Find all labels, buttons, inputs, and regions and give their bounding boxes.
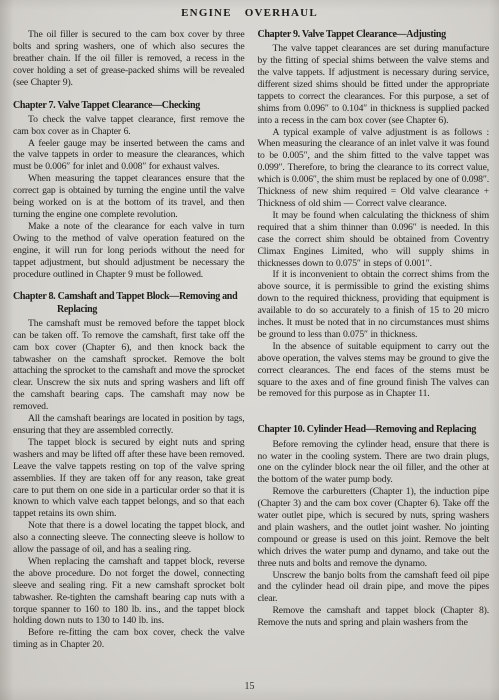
paragraph: Before re-fitting the cam box cover, che…: [13, 627, 245, 651]
paragraph: Remove the carburetters (Chapter 1), the…: [258, 486, 490, 569]
paragraph: Note that there is a dowel locating the …: [13, 520, 245, 556]
paragraph: If it is inconvenient to obtain the corr…: [258, 269, 490, 340]
paragraph: When replacing the camshaft and tappet b…: [13, 556, 245, 627]
paragraph: The oil filler is secured to the cam box…: [13, 29, 245, 89]
chapter-heading: Chapter 7. Valve Tappet Clearance—Checki…: [13, 100, 245, 112]
paragraph: All the camshaft bearings are located in…: [13, 413, 245, 437]
paragraph: The tappet block is secured by eight nut…: [13, 437, 245, 520]
paragraph: Unscrew the banjo bolts from the camshaf…: [258, 570, 490, 606]
paragraph: The valve tappet clearances are set duri…: [258, 43, 490, 126]
chapter-section: The oil filler is secured to the cam box…: [13, 29, 245, 89]
paragraph: Make a note of the clearance for each va…: [13, 221, 245, 281]
chapter-heading: Chapter 10. Cylinder Head—Removing and R…: [258, 424, 490, 436]
paragraph: Before removing the cylinder head, ensur…: [258, 439, 490, 487]
book-page: ENGINE OVERHAUL The oil filler is secure…: [0, 0, 499, 700]
paragraph: Remove the camshaft and tappet block (Ch…: [258, 605, 490, 629]
page-number: 15: [0, 681, 499, 692]
page-header: ENGINE OVERHAUL: [0, 0, 499, 19]
right-column: Chapter 9. Valve Tappet Clearance—Adjust…: [258, 29, 490, 651]
paragraph: To check the valve tappet clearance, fir…: [13, 114, 245, 138]
left-column: The oil filler is secured to the cam box…: [13, 29, 245, 651]
paragraph: The camshaft must be removed before the …: [13, 318, 245, 413]
chapter-heading: Chapter 9. Valve Tappet Clearance—Adjust…: [258, 29, 490, 41]
paragraph: A feeler gauge may be inserted between t…: [13, 138, 245, 174]
chapter-heading: Chapter 8. Camshaft and Tappet Block—Rem…: [13, 291, 245, 315]
chapter-section: Chapter 10. Cylinder Head—Removing and R…: [258, 424, 490, 629]
paragraph: In the absence of suitable equipment to …: [258, 341, 490, 401]
chapter-section: Chapter 8. Camshaft and Tappet Block—Rem…: [13, 291, 245, 651]
text-columns: The oil filler is secured to the cam box…: [0, 19, 499, 651]
chapter-section: Chapter 9. Valve Tappet Clearance—Adjust…: [258, 29, 490, 400]
paragraph: When measuring the tappet clearances ens…: [13, 173, 245, 221]
chapter-section: Chapter 7. Valve Tappet Clearance—Checki…: [13, 100, 245, 281]
paragraph: It may be found when calculating the thi…: [258, 210, 490, 270]
paragraph: A typical example of valve adjustment is…: [258, 127, 490, 210]
